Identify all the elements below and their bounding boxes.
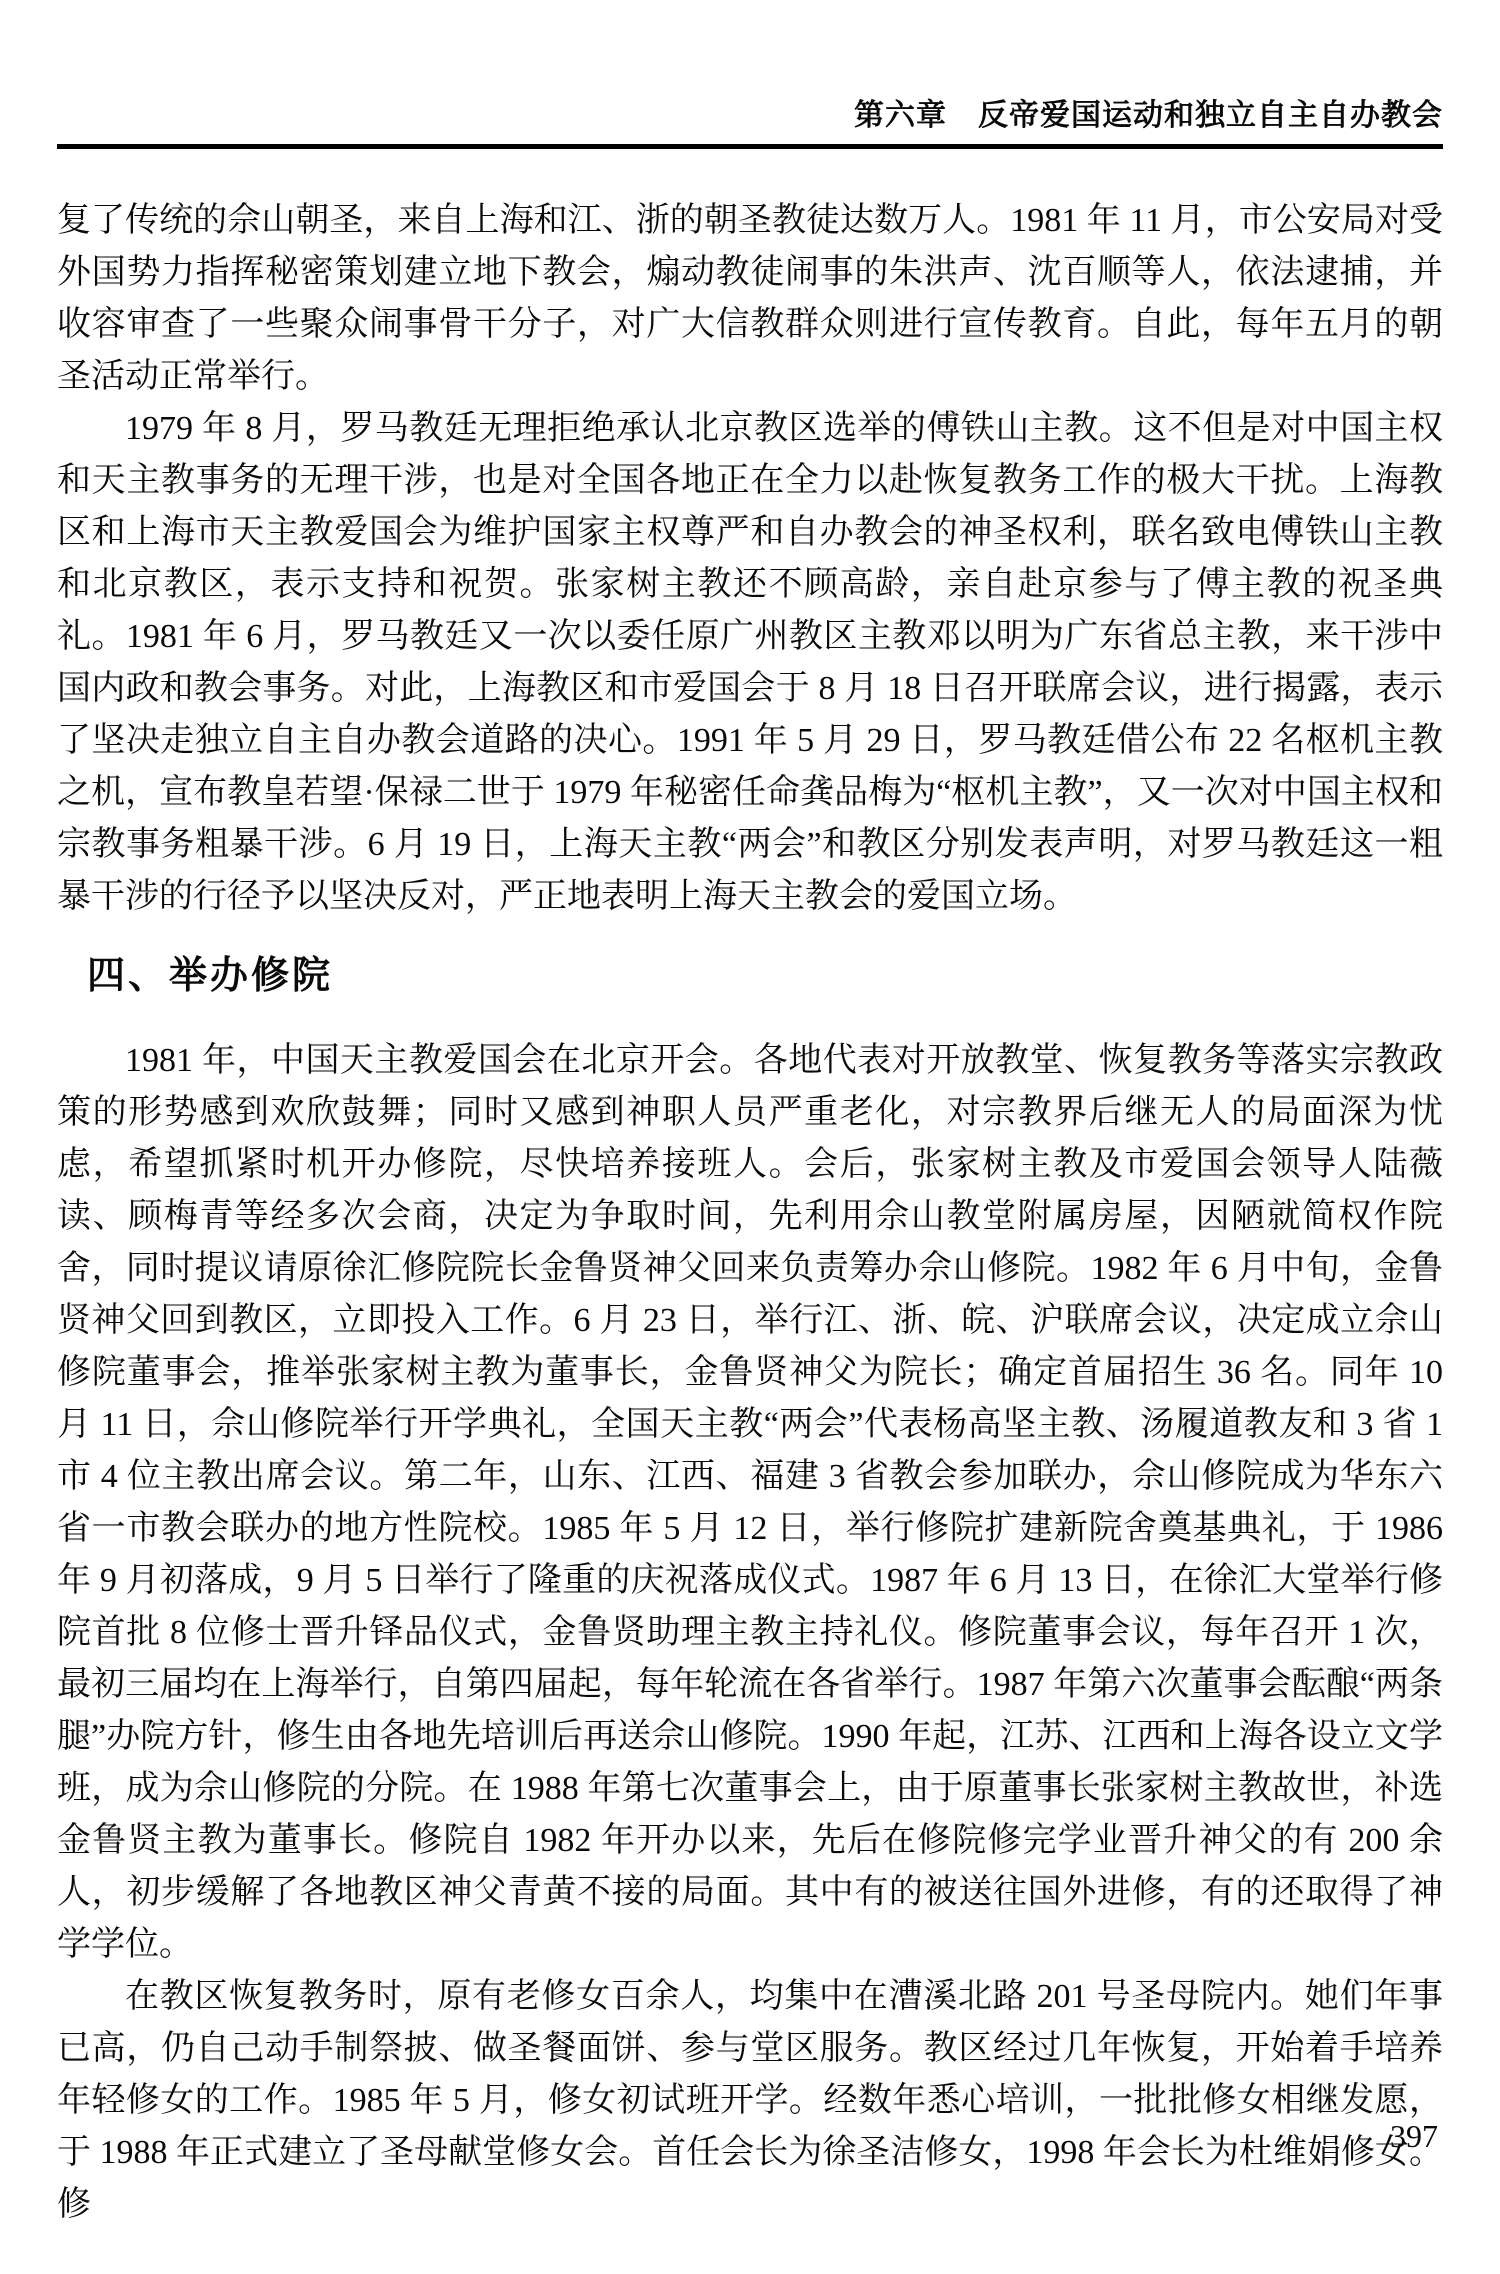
paragraph-continued: 复了传统的佘山朝圣，来自上海和江、浙的朝圣教徒达数万人。1981 年 11 月，…: [57, 195, 1443, 403]
header-divider: [57, 144, 1443, 149]
paragraph: 1981 年，中国天主教爱国会在北京开会。各地代表对开放教堂、恢复教务等落实宗教…: [57, 1035, 1443, 1971]
page-header: 第六章 反帝爱国运动和独立自主自办教会: [57, 96, 1443, 149]
running-title: 第六章 反帝爱国运动和独立自主自办教会: [57, 96, 1443, 136]
section-heading: 四、举办修院: [87, 951, 1443, 1001]
page-body: 复了传统的佘山朝圣，来自上海和江、浙的朝圣教徒达数万人。1981 年 11 月，…: [57, 195, 1443, 2231]
page-number: 397: [1390, 2118, 1438, 2155]
paragraph-continues-next-page: 在教区恢复教务时，原有老修女百余人，均集中在漕溪北路 201 号圣母院内。她们年…: [57, 1971, 1443, 2231]
book-page: 第六章 反帝爱国运动和独立自主自办教会 复了传统的佘山朝圣，来自上海和江、浙的朝…: [0, 0, 1500, 2274]
paragraph: 1979 年 8 月，罗马教廷无理拒绝承认北京教区选举的傅铁山主教。这不但是对中…: [57, 403, 1443, 923]
